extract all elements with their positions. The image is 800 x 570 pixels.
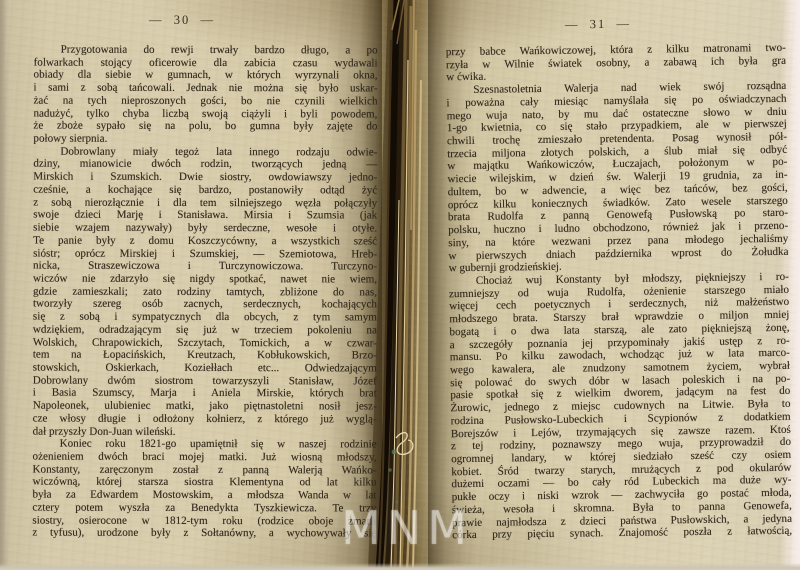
text-line: żać na tych nieproszonych gości, bo nie … bbox=[33, 94, 377, 108]
text-line: połowy sierpnia. bbox=[33, 133, 377, 147]
photo-left-edge bbox=[0, 0, 6, 570]
text-line: Koniec roku 1821-go upamiętnił się w nas… bbox=[33, 438, 377, 452]
text-line: cztery potem wyszła za Benedykta Tyszkie… bbox=[32, 501, 376, 515]
text-line: wiczówną, której starsza siostra Klement… bbox=[32, 476, 376, 490]
text-line: z sobą nierozłącznie i dla tem silniejsz… bbox=[33, 196, 377, 210]
text-line: obiady dla siebie w gumnach, w których w… bbox=[34, 69, 378, 83]
text-line: cześnie, a kochające się bardzo, postano… bbox=[33, 183, 377, 197]
text-line: swoje dzieci Marję i Stanisława. Mirsia … bbox=[33, 209, 377, 223]
text-line: tworzyły szereg osób zacnych, serdecznyc… bbox=[33, 298, 377, 312]
photo-bottom-edge bbox=[0, 563, 800, 570]
text-line: Te panie były z domu Koszczycówny, a wsz… bbox=[33, 234, 377, 248]
text-line: nadużyć, tylko chyba liczbą swoją ciążyl… bbox=[33, 107, 377, 121]
text-line: nicka, Straszewiczowa i Turczynowiczowa.… bbox=[33, 260, 377, 274]
paragraph: Przygotowania do rewji trwały bardzo dłu… bbox=[33, 44, 377, 147]
text-line: się z sobą i sympatycznych dla obcych, z… bbox=[33, 311, 377, 325]
text-line: Dobrowlany dwóm siostrom towarzyszyli St… bbox=[33, 374, 377, 388]
text-line: z tyfusu), urodzone były z Sołtanówny, a… bbox=[32, 527, 376, 541]
text-line: Wolskich, Chrapowickich, Szczytach, Tomi… bbox=[33, 336, 377, 350]
text-line: Dobrowlany miały tegoż lata innego rodza… bbox=[33, 145, 377, 159]
text-line: i Basia Szumscy, Marja i Aniela Mirskie,… bbox=[33, 387, 377, 401]
spine-speck-green-3 bbox=[395, 500, 398, 503]
spine-speck-green-1 bbox=[392, 450, 397, 455]
text-line: tem na Łopacińskich, Kreutzach, Kobłukow… bbox=[33, 349, 377, 363]
text-line: Mirskich i Szumskich. Dwie siostry, owdo… bbox=[33, 171, 377, 185]
text-line: Konstanty, zaręczonym został z panną Wal… bbox=[33, 463, 377, 477]
spine-speck-green-2 bbox=[388, 468, 392, 472]
text-line: wdziękiem, odradzającym się już w trzeci… bbox=[33, 323, 377, 337]
text-line: że zboże sypało się na polu, bo gumna by… bbox=[33, 120, 377, 134]
photo-right-edge bbox=[792, 0, 800, 570]
paragraph: Szesnastoletnia Walerja nad wiek swój ro… bbox=[446, 80, 788, 275]
left-page-text: Przygotowania do rewji trwały bardzo dłu… bbox=[32, 44, 377, 541]
text-line: sióstr; oprócz Mirskiej i Szumskiej, — S… bbox=[33, 247, 377, 261]
text-line: cze włosy długie i odłożony kołnierz, z … bbox=[33, 412, 377, 426]
text-line: dziny, mianowicie dwóch rodzin, tworzący… bbox=[33, 158, 377, 172]
text-line: i sami z sobą tańcowali. Jednak nie możn… bbox=[34, 82, 378, 96]
text-line: gdzie zamieszkali; zato rodziny tamtych,… bbox=[33, 285, 377, 299]
text-line: siostry, osierocone w 1812-tym roku (rod… bbox=[32, 514, 376, 528]
text-line: folwarkach stojący oficerowie dla zabici… bbox=[34, 56, 378, 70]
paragraph: Koniec roku 1821-go upamiętnił się w nas… bbox=[32, 438, 376, 541]
book-scan-photo: — 30 — — 31 — Przygotowania do rewji trw… bbox=[0, 0, 800, 570]
left-page-number: — 30 — bbox=[10, 13, 354, 28]
text-line: była za Edwardem Mostowskim, a młodsza W… bbox=[32, 489, 376, 503]
paragraph: Dobrowlany miały tegoż lata innego rodza… bbox=[33, 145, 378, 438]
text-line: wiczów nie zdarzyło się nigdy spotkać, n… bbox=[33, 272, 377, 286]
text-line: ożenieniem dwóch braci mojej matki. Już … bbox=[33, 451, 377, 465]
text-line: stowskich, Oskierkach, Koziełłach etc...… bbox=[33, 362, 377, 376]
right-page-text: przy babce Wańkowiczowej, która z kilku … bbox=[446, 42, 792, 542]
paragraph: przy babce Wańkowiczowej, która z kilku … bbox=[446, 42, 786, 85]
right-page-number: — 31 — bbox=[428, 15, 768, 34]
paragraph: Chociaż wuj Konstanty był młodszy, piękn… bbox=[449, 271, 792, 543]
text-line: siebie wzajem nazywały) były serdeczne, … bbox=[33, 222, 377, 236]
text-line: Przygotowania do rewji trwały bardzo dłu… bbox=[34, 44, 378, 58]
text-line: Napoleonek, ulubieniec matki, jako piętn… bbox=[33, 400, 377, 414]
text-line: dał przyszły Don-Juan wileński. bbox=[33, 425, 377, 439]
